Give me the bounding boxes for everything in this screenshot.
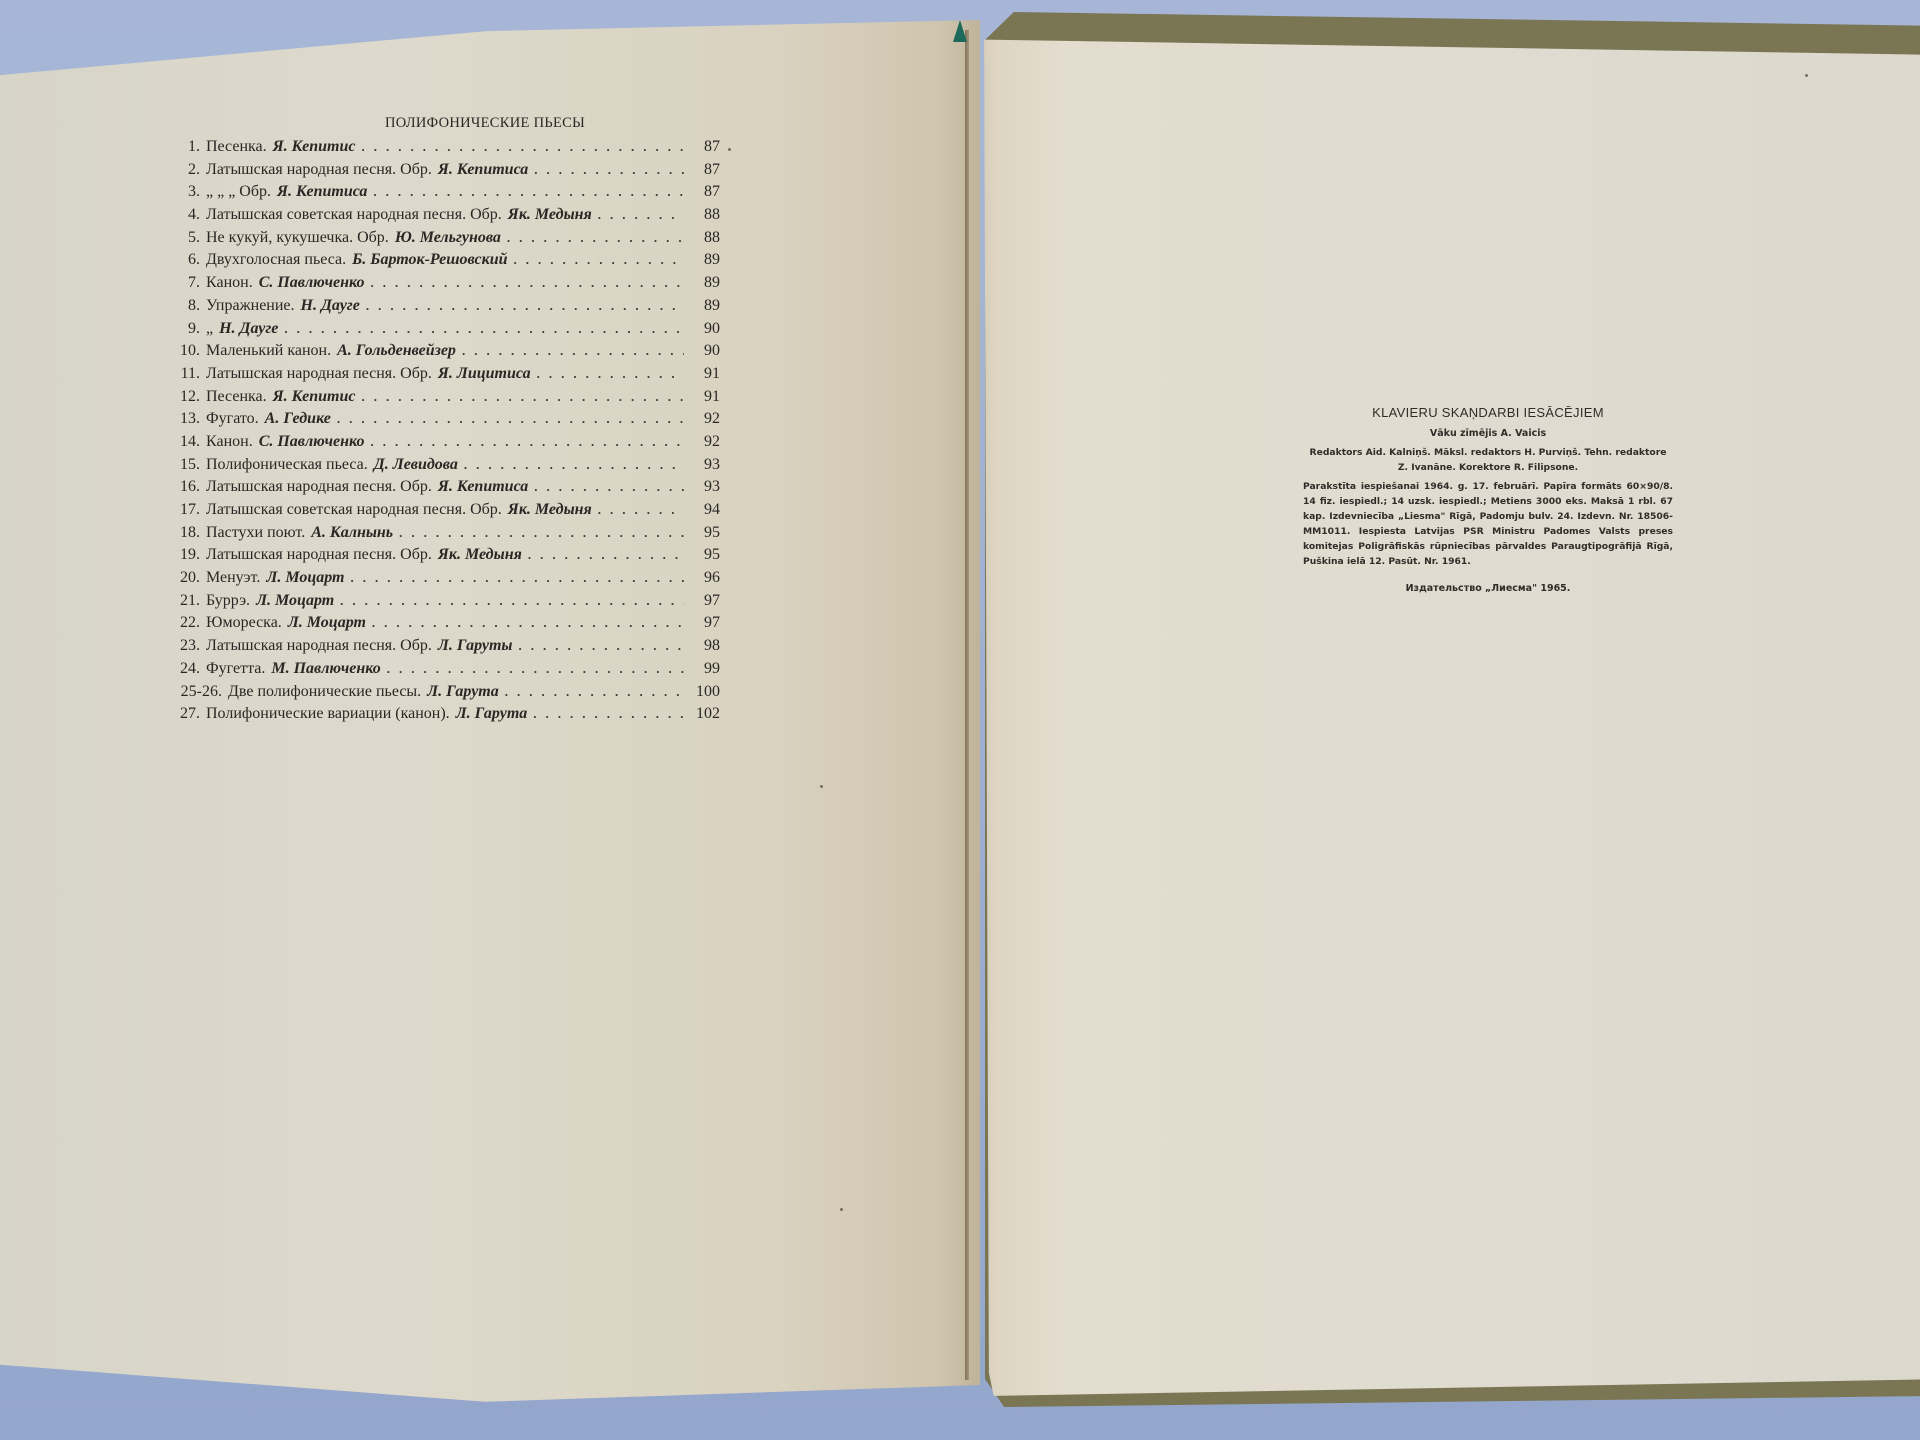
- dot-leader: ........................................…: [464, 457, 684, 473]
- entry-title: Латышская советская народная песня. Обр.: [206, 501, 502, 519]
- entry-number: 8.: [180, 297, 200, 315]
- entry-title: Две полифонические пьесы.: [228, 683, 421, 701]
- entry-number: 4.: [180, 206, 200, 224]
- entry-page: 89: [690, 274, 720, 292]
- dot-leader: ........................................…: [399, 525, 684, 541]
- toc-entry: 7.Канон.С. Павлюченко...................…: [180, 274, 720, 297]
- entry-title: Пастухи поют.: [206, 524, 305, 542]
- dot-leader: ........................................…: [350, 570, 684, 586]
- table-of-contents: ПОЛИФОНИЧЕСКИЕ ПЬЕСЫ 1.Песенка.Я. Кепити…: [180, 115, 720, 728]
- entry-page: 92: [690, 410, 720, 428]
- entry-number: 14.: [180, 433, 200, 451]
- dot-leader: ........................................…: [598, 207, 684, 223]
- open-book-photo: ПОЛИФОНИЧЕСКИЕ ПЬЕСЫ 1.Песенка.Я. Кепити…: [0, 0, 1920, 1440]
- entry-title: „ „ „ Обр.: [206, 183, 271, 201]
- dot-leader: ........................................…: [373, 184, 684, 200]
- dot-leader: ........................................…: [514, 252, 685, 268]
- dot-leader: ........................................…: [505, 684, 684, 700]
- entry-title: Латышская народная песня. Обр.: [206, 546, 432, 564]
- entry-number: 18.: [180, 524, 200, 542]
- entry-title: Буррэ.: [206, 592, 250, 610]
- entry-page: 102: [690, 705, 720, 723]
- entry-composer: А. Калнынь: [311, 524, 393, 542]
- dot-leader: ........................................…: [361, 389, 684, 405]
- entry-page: 90: [690, 342, 720, 360]
- toc-entry: 18.Пастухи поют.А. Калнынь..............…: [180, 524, 720, 547]
- dot-leader: ........................................…: [372, 615, 684, 631]
- entry-composer: Як. Медыня: [508, 206, 592, 224]
- entry-title: „: [206, 320, 213, 338]
- entry-composer: Н. Дауге: [301, 297, 360, 315]
- toc-entry: 15.Полифоническая пьеса.Д. Левидова.....…: [180, 456, 720, 479]
- toc-entry: 12.Песенка.Я. Кепитис...................…: [180, 388, 720, 411]
- toc-entry: 16.Латышская народная песня. Обр.Я. Кепи…: [180, 478, 720, 501]
- entry-title: Латышская народная песня. Обр.: [206, 161, 432, 179]
- entry-page: 87: [690, 183, 720, 201]
- toc-entry: 1.Песенка.Я. Кепитис....................…: [180, 138, 720, 161]
- dot-leader: ........................................…: [366, 298, 684, 314]
- entry-number: 24.: [180, 660, 200, 678]
- dot-leader: ........................................…: [371, 275, 684, 291]
- entry-title: Латышская народная песня. Обр.: [206, 478, 432, 496]
- paper-speck: [1805, 74, 1808, 77]
- entry-page: 100: [690, 683, 720, 701]
- dot-leader: ........................................…: [598, 502, 684, 518]
- toc-list: 1.Песенка.Я. Кепитис....................…: [180, 138, 720, 728]
- entry-number: 20.: [180, 569, 200, 587]
- entry-composer: А. Гольденвейзер: [337, 342, 456, 360]
- paper-speck: [728, 148, 731, 151]
- entry-number: 9.: [180, 320, 200, 338]
- entry-title: Фугато.: [206, 410, 259, 428]
- entry-title: Двухголосная пьеса.: [206, 251, 346, 269]
- entry-page: 87: [690, 161, 720, 179]
- entry-page: 89: [690, 297, 720, 315]
- entry-title: Полифоническая пьеса.: [206, 456, 368, 474]
- toc-entry: 4.Латышская советская народная песня. Об…: [180, 206, 720, 229]
- entry-title: Латышская народная песня. Обр.: [206, 365, 432, 383]
- entry-title: Маленький канон.: [206, 342, 331, 360]
- entry-composer: Н. Дауге: [219, 320, 278, 338]
- toc-entry: 17.Латышская советская народная песня. О…: [180, 501, 720, 524]
- toc-entry: 10.Маленький канон.А. Гольденвейзер.....…: [180, 342, 720, 365]
- dot-leader: ........................................…: [387, 661, 684, 677]
- toc-entry: 6.Двухголосная пьеса.Б. Барток-Решовский…: [180, 251, 720, 274]
- entry-composer: Я. Кепитиса: [277, 183, 367, 201]
- toc-entry: 13.Фугато.А. Гедике.....................…: [180, 410, 720, 433]
- toc-entry: 8.Упражнение.Н. Дауге...................…: [180, 297, 720, 320]
- entry-page: 99: [690, 660, 720, 678]
- entry-title: Песенка.: [206, 138, 267, 156]
- entry-page: 90: [690, 320, 720, 338]
- entry-composer: Б. Барток-Решовский: [352, 251, 507, 269]
- entry-page: 87: [690, 138, 720, 156]
- dot-leader: ........................................…: [534, 162, 684, 178]
- colophon: KLAVIERU SKAŅDARBI IESĀCĒJIEM Vāku zīmēj…: [1303, 405, 1673, 594]
- toc-entry: 19.Латышская народная песня. Обр.Як. Мед…: [180, 546, 720, 569]
- entry-composer: Л. Моцарт: [266, 569, 344, 587]
- toc-entry: 20.Менуэт.Л. Моцарт.....................…: [180, 569, 720, 592]
- entry-title: Фугетта.: [206, 660, 265, 678]
- toc-entry: 5.Не кукуй, кукушечка. Обр.Ю. Мельгунова…: [180, 229, 720, 252]
- entry-composer: М. Павлюченко: [271, 660, 380, 678]
- print-info: Parakstīta iespiešanai 1964. g. 17. febr…: [1303, 479, 1673, 569]
- entry-page: 94: [690, 501, 720, 519]
- dot-leader: ........................................…: [519, 638, 684, 654]
- entry-composer: Я. Кепитис: [273, 138, 356, 156]
- entry-title: Песенка.: [206, 388, 267, 406]
- editors-credit: Redaktors Aid. Kalniņš. Māksl. redaktors…: [1303, 445, 1673, 475]
- toc-entry: 24.Фугетта.М. Павлюченко................…: [180, 660, 720, 683]
- entry-composer: Л. Гарута: [456, 705, 528, 723]
- toc-entry: 14.Канон.С. Павлюченко..................…: [180, 433, 720, 456]
- toc-entry: 3.„ „ „ Обр.Я. Кепитиса.................…: [180, 183, 720, 206]
- entry-composer: Я. Кепитиса: [438, 161, 528, 179]
- entry-number: 27.: [180, 705, 200, 723]
- dot-leader: ........................................…: [340, 593, 684, 609]
- toc-entry: 25-26.Две полифонические пьесы.Л. Гарута…: [180, 683, 720, 706]
- dot-leader: ........................................…: [507, 230, 684, 246]
- section-title: ПОЛИФОНИЧЕСКИЕ ПЬЕСЫ: [180, 115, 720, 132]
- entry-number: 5.: [180, 229, 200, 247]
- dot-leader: ........................................…: [371, 434, 684, 450]
- entry-number: 22.: [180, 614, 200, 632]
- entry-composer: Л. Моцарт: [288, 614, 366, 632]
- entry-number: 25-26.: [180, 683, 222, 701]
- cover-artist: Vāku zīmējis A. Vaicis: [1303, 426, 1673, 441]
- entry-number: 11.: [180, 365, 200, 383]
- entry-number: 10.: [180, 342, 200, 360]
- toc-entry: 2.Латышская народная песня. Обр.Я. Кепит…: [180, 161, 720, 184]
- dot-leader: ........................................…: [533, 706, 684, 722]
- entry-page: 95: [690, 546, 720, 564]
- entry-number: 17.: [180, 501, 200, 519]
- entry-number: 7.: [180, 274, 200, 292]
- entry-number: 1.: [180, 138, 200, 156]
- dot-leader: ........................................…: [528, 547, 684, 563]
- right-page: [965, 30, 1920, 1400]
- entry-composer: Д. Левидова: [374, 456, 458, 474]
- entry-composer: Л. Гарута: [427, 683, 499, 701]
- entry-page: 96: [690, 569, 720, 587]
- entry-page: 92: [690, 433, 720, 451]
- paper-speck: [820, 785, 823, 788]
- entry-page: 89: [690, 251, 720, 269]
- entry-page: 97: [690, 614, 720, 632]
- entry-number: 16.: [180, 478, 200, 496]
- entry-title: Канон.: [206, 433, 253, 451]
- entry-title: Не кукуй, кукушечка. Обр.: [206, 229, 389, 247]
- paper-speck: [840, 1208, 843, 1211]
- entry-composer: Ю. Мельгунова: [395, 229, 501, 247]
- toc-entry: 21.Буррэ.Л. Моцарт......................…: [180, 592, 720, 615]
- toc-entry: 11.Латышская народная песня. Обр.Я. Лици…: [180, 365, 720, 388]
- entry-composer: Я. Лицитиса: [438, 365, 531, 383]
- entry-composer: Л. Моцарт: [256, 592, 334, 610]
- entry-page: 91: [690, 365, 720, 383]
- dot-leader: ........................................…: [537, 366, 684, 382]
- entry-title: Канон.: [206, 274, 253, 292]
- dot-leader: ........................................…: [361, 139, 684, 155]
- publisher-line: Издательство „Лиесма" 1965.: [1303, 583, 1673, 594]
- entry-page: 95: [690, 524, 720, 542]
- dot-leader: ........................................…: [534, 479, 684, 495]
- toc-entry: 23.Латышская народная песня. Обр.Л. Гару…: [180, 637, 720, 660]
- entry-number: 3.: [180, 183, 200, 201]
- toc-entry: 22.Юмореска.Л. Моцарт...................…: [180, 614, 720, 637]
- entry-page: 97: [690, 592, 720, 610]
- entry-number: 12.: [180, 388, 200, 406]
- entry-page: 93: [690, 456, 720, 474]
- entry-composer: С. Павлюченко: [259, 274, 365, 292]
- entry-number: 2.: [180, 161, 200, 179]
- entry-title: Полифонические вариации (канон).: [206, 705, 450, 723]
- book-title: KLAVIERU SKAŅDARBI IESĀCĒJIEM: [1303, 405, 1673, 420]
- entry-title: Менуэт.: [206, 569, 260, 587]
- entry-number: 13.: [180, 410, 200, 428]
- entry-title: Юмореска.: [206, 614, 282, 632]
- entry-number: 23.: [180, 637, 200, 655]
- entry-page: 91: [690, 388, 720, 406]
- dot-leader: ........................................…: [284, 321, 684, 337]
- entry-composer: А. Гедике: [265, 410, 331, 428]
- entry-page: 93: [690, 478, 720, 496]
- entry-title: Латышская народная песня. Обр.: [206, 637, 432, 655]
- entry-composer: Я. Кепитиса: [438, 478, 528, 496]
- dot-leader: ........................................…: [337, 411, 684, 427]
- book-spine-gutter: [965, 30, 969, 1380]
- entry-page: 88: [690, 229, 720, 247]
- entry-composer: Як. Медыня: [438, 546, 522, 564]
- entry-composer: Я. Кепитис: [273, 388, 356, 406]
- entry-page: 98: [690, 637, 720, 655]
- entry-title: Латышская советская народная песня. Обр.: [206, 206, 502, 224]
- entry-number: 21.: [180, 592, 200, 610]
- toc-entry: 9.„Н. Дауге.............................…: [180, 320, 720, 343]
- dot-leader: ........................................…: [462, 343, 684, 359]
- entry-composer: Л. Гаруты: [438, 637, 513, 655]
- entry-composer: С. Павлюченко: [259, 433, 365, 451]
- entry-number: 15.: [180, 456, 200, 474]
- entry-title: Упражнение.: [206, 297, 295, 315]
- entry-number: 19.: [180, 546, 200, 564]
- entry-page: 88: [690, 206, 720, 224]
- entry-number: 6.: [180, 251, 200, 269]
- toc-entry: 27.Полифонические вариации (канон).Л. Га…: [180, 705, 720, 728]
- entry-composer: Як. Медыня: [508, 501, 592, 519]
